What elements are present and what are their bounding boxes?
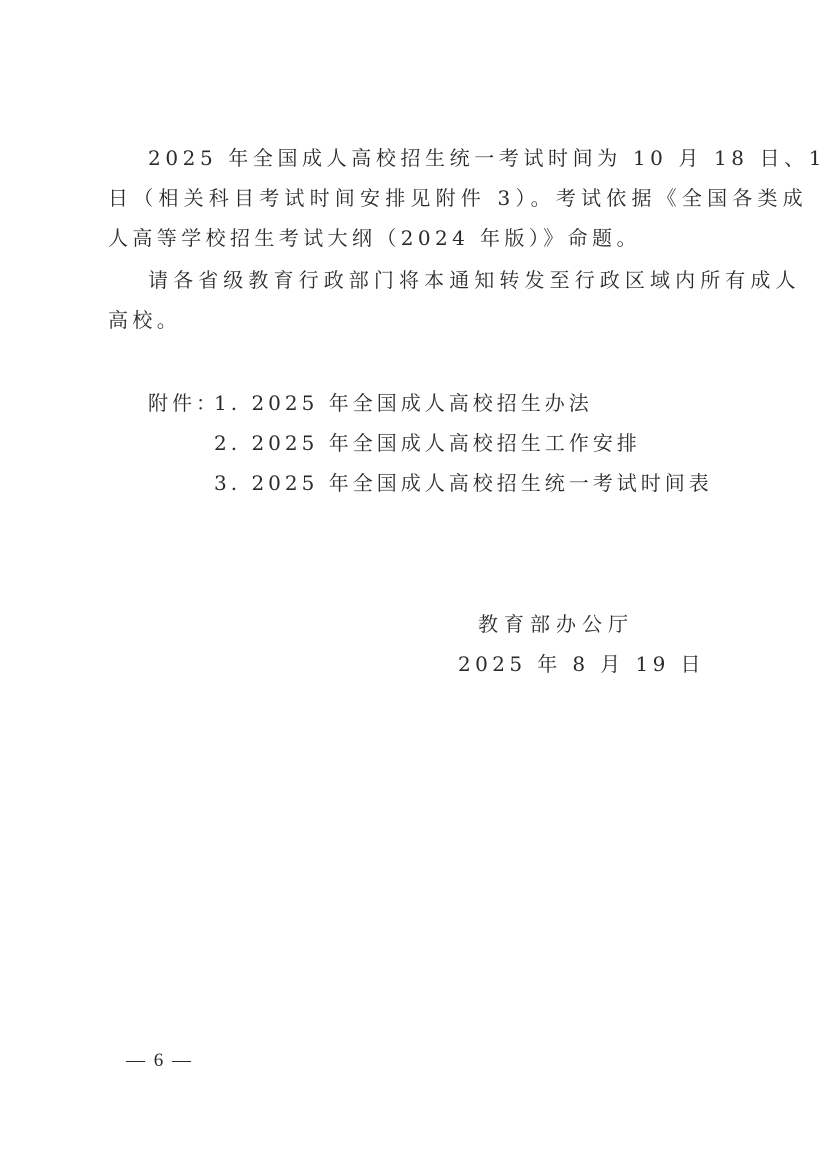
attachment-item: 1. 2025 年全国成人高校招生办法: [214, 391, 593, 415]
page-number: — 6 —: [126, 1050, 193, 1072]
signature-date: 2025 年 8 月 19 日: [458, 652, 705, 676]
attachments-label: 附件：: [148, 391, 220, 415]
signature-organization: 教育部办公厅: [478, 612, 634, 636]
paragraph-line: 日（相关科目考试时间安排见附件 3）。考试依据《全国各类成: [108, 186, 808, 210]
paragraph-line: 请各省级教育行政部门将本通知转发至行政区域内所有成人: [148, 268, 801, 292]
paragraph-line: 2025 年全国成人高校招生统一考试时间为 10 月 18 日、19: [148, 146, 827, 170]
attachment-item: 2. 2025 年全国成人高校招生工作安排: [214, 431, 641, 455]
paragraph-line: 人高等学校招生考试大纲（2024 年版）》命题。: [108, 226, 641, 250]
attachment-item: 3. 2025 年全国成人高校招生统一考试时间表: [214, 471, 713, 495]
paragraph-line: 高校。: [108, 308, 181, 332]
